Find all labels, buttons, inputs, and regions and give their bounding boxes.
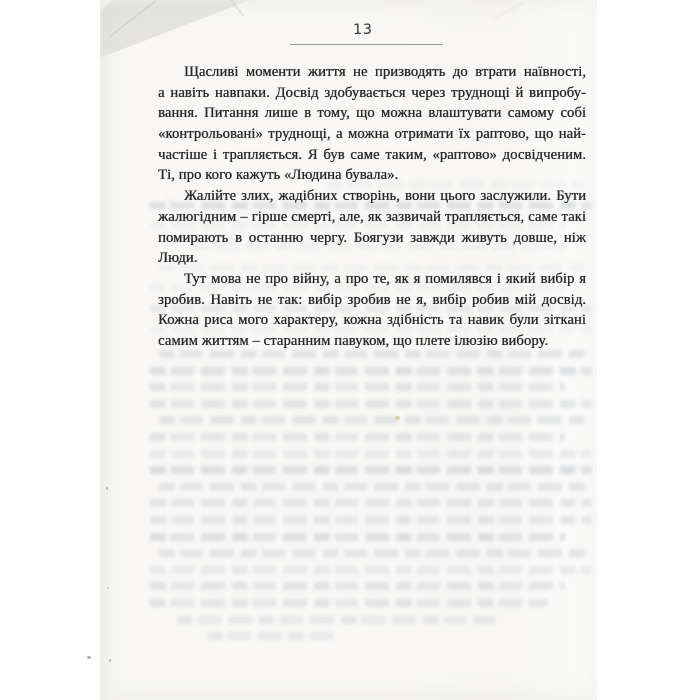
text-block: Щасливі моменти життя не призводять до в… — [158, 62, 586, 352]
bleedthrough-line — [159, 549, 588, 557]
text-line: частіше і трапляється. Я був саме таким,… — [158, 145, 586, 166]
text-line: жалюгідним – гірше смерті, але, як зазви… — [158, 207, 586, 228]
scan-background: { "page": { "number": "13", "paragraphs"… — [0, 0, 700, 700]
bleedthrough-line — [150, 566, 592, 574]
bleedthrough-line — [150, 599, 548, 607]
text-line: Тут мова не про війну, а про те, як я по… — [158, 269, 586, 290]
bleedthrough-line — [150, 516, 592, 524]
text-line: а навіть навпаки. Досвід здобувається че… — [158, 83, 586, 104]
dust-speck — [87, 656, 91, 659]
bleedthrough-line — [150, 499, 592, 507]
text-line: Люди. — [158, 248, 586, 269]
bleedthrough-line — [150, 367, 592, 375]
text-line: Жалійте злих, жадібних створінь, вони ць… — [158, 186, 586, 207]
crease-mark — [494, 2, 524, 19]
bleedthrough-line — [177, 616, 495, 624]
page-number: 13 — [353, 22, 373, 38]
bleedthrough-line — [207, 632, 340, 640]
header-rule — [290, 44, 443, 45]
bleedthrough-line — [150, 450, 592, 458]
dust-speck — [109, 659, 111, 662]
bleedthrough-line — [150, 466, 592, 474]
dust-speck — [107, 587, 109, 589]
bleedthrough-area — [150, 350, 592, 649]
bleedthrough-line — [150, 400, 592, 408]
text-line: Щасливі моменти життя не призводять до в… — [158, 62, 586, 83]
text-line: зробив. Навіть не так: вибір зробив не я… — [158, 290, 586, 311]
text-line: «контрольовані» труднощі, а можна отрима… — [158, 124, 586, 145]
text-line: Кожна риса мого характеру, кожна здібніс… — [158, 310, 586, 331]
text-line: вання. Питання лише в тому, що можна вла… — [158, 103, 586, 124]
text-line: помирають в останню чергу. Боягузи завжд… — [158, 228, 586, 249]
text-line: Ті, про кого кажуть «Людина бувала». — [158, 165, 586, 186]
bleedthrough-line — [150, 383, 565, 391]
dust-speck — [106, 487, 108, 490]
bleedthrough-line — [150, 433, 565, 441]
page-header: 13 — [158, 21, 586, 45]
book-page: 13 Щасливі моменти життя не при — [100, 0, 597, 700]
text-line: самим життям – старанним павуком, що пле… — [158, 331, 586, 352]
bleedthrough-line — [150, 582, 565, 590]
bleedthrough-line — [150, 533, 565, 541]
bleedthrough-line — [159, 416, 588, 424]
bleedthrough-line — [159, 483, 588, 491]
